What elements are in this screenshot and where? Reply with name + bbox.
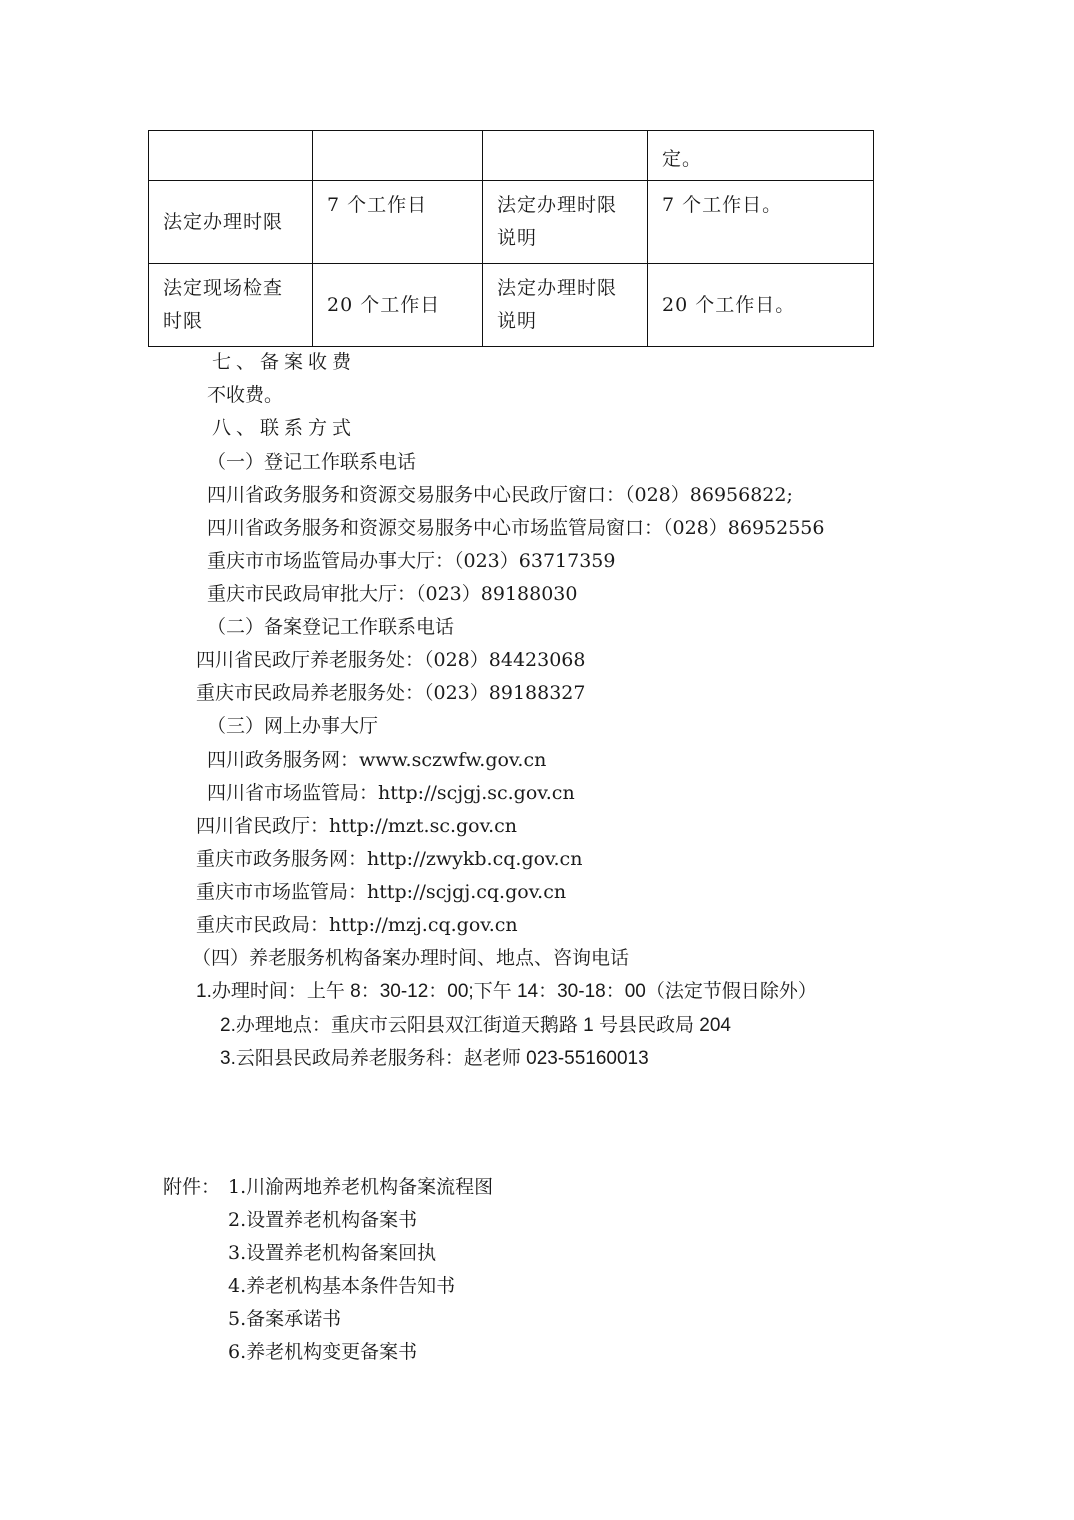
table-cell: 7 个工作日。 (648, 181, 874, 264)
contact-line: 重庆市民政局养老服务处：（023）89188327 (196, 680, 585, 706)
subsection-heading: （三）网上办事大厅 (207, 713, 378, 739)
table-cell (149, 131, 313, 181)
table-cell (483, 131, 648, 181)
cell-text: 法定现场检查 (163, 277, 283, 299)
office-phone-line: 3.云阳县民政局养老服务科：赵老师 023-55160013 (220, 1046, 649, 1072)
table-row: 定。 (149, 131, 874, 181)
attachment-item: 3.设置养老机构备案回执 (228, 1240, 436, 1266)
section-heading-contact: 八、联系方式 (212, 415, 356, 441)
table-cell (313, 131, 483, 181)
info-table: 定。 法定办理时限 7 个工作日 法定办理时限说明 7 个工作日。 法定现场检查… (148, 130, 874, 347)
document-page: 定。 法定办理时限 7 个工作日 法定办理时限说明 7 个工作日。 法定现场检查… (0, 0, 1074, 1520)
website-line: 重庆市民政局：http://mzj.cq.gov.cn (196, 912, 518, 938)
fees-text: 不收费。 (207, 382, 283, 408)
attachment-item: 1.川渝两地养老机构备案流程图 (228, 1174, 493, 1200)
table-cell: 20 个工作日 (313, 264, 483, 347)
section-heading-fees: 七、备案收费 (212, 349, 356, 375)
table-cell: 法定办理时限说明 (483, 181, 648, 264)
attachment-item: 2.设置养老机构备案书 (228, 1207, 417, 1233)
table-cell: 定。 (648, 131, 874, 181)
attachment-item: 6.养老机构变更备案书 (228, 1339, 417, 1365)
contact-line: 重庆市民政局审批大厅：（023）89188030 (207, 581, 577, 607)
subsection-heading: （四）养老服务机构备案办理时间、地点、咨询电话 (192, 946, 629, 972)
cell-text: 说明 (497, 310, 537, 332)
cell-text: 法定办理时限 (497, 194, 617, 216)
table-cell: 7 个工作日 (313, 181, 483, 264)
subsection-heading: （二）备案登记工作联系电话 (207, 614, 454, 640)
attachment-item: 4.养老机构基本条件告知书 (228, 1273, 455, 1299)
website-line: 重庆市市场监管局：http://scjgj.cq.gov.cn (196, 879, 566, 905)
contact-line: 四川省政务服务和资源交易服务中心市场监管局窗口：（028）86952556 (207, 515, 824, 541)
table-cell: 法定办理时限 (149, 181, 313, 264)
contact-line: 重庆市市场监管局办事大厅：（023）63717359 (207, 548, 615, 574)
table-row: 法定办理时限 7 个工作日 法定办理时限说明 7 个工作日。 (149, 181, 874, 264)
office-hours-line: 1.办理时间：上午 8：30-12：00;下午 14：30-18：00（法定节假… (196, 979, 817, 1005)
office-address-line: 2.办理地点：重庆市云阳县双江街道天鹅路 1 号县民政局 204 (220, 1013, 731, 1039)
cell-text: 时限 (163, 310, 203, 332)
contact-line: 四川省民政厅养老服务处：（028）84423068 (196, 647, 585, 673)
contact-line: 四川省政务服务和资源交易服务中心民政厅窗口：（028）86956822; (207, 482, 793, 508)
website-line: 四川省市场监管局：http://scjgj.sc.gov.cn (207, 780, 575, 806)
attachment-item: 5.备案承诺书 (228, 1306, 341, 1332)
website-line: 四川省民政厅：http://mzt.sc.gov.cn (196, 813, 517, 839)
website-line: 重庆市政务服务网：http://zwykb.cq.gov.cn (196, 846, 582, 872)
table-cell: 20 个工作日。 (648, 264, 874, 347)
attachments-label: 附件： (163, 1174, 220, 1200)
table-cell: 法定办理时限说明 (483, 264, 648, 347)
table-row: 法定现场检查时限 20 个工作日 法定办理时限说明 20 个工作日。 (149, 264, 874, 347)
cell-text: 说明 (497, 227, 537, 249)
subsection-heading: （一）登记工作联系电话 (207, 449, 416, 475)
cell-text: 法定办理时限 (497, 277, 617, 299)
website-line: 四川政务服务网：www.sczwfw.gov.cn (207, 747, 546, 773)
table-cell: 法定现场检查时限 (149, 264, 313, 347)
